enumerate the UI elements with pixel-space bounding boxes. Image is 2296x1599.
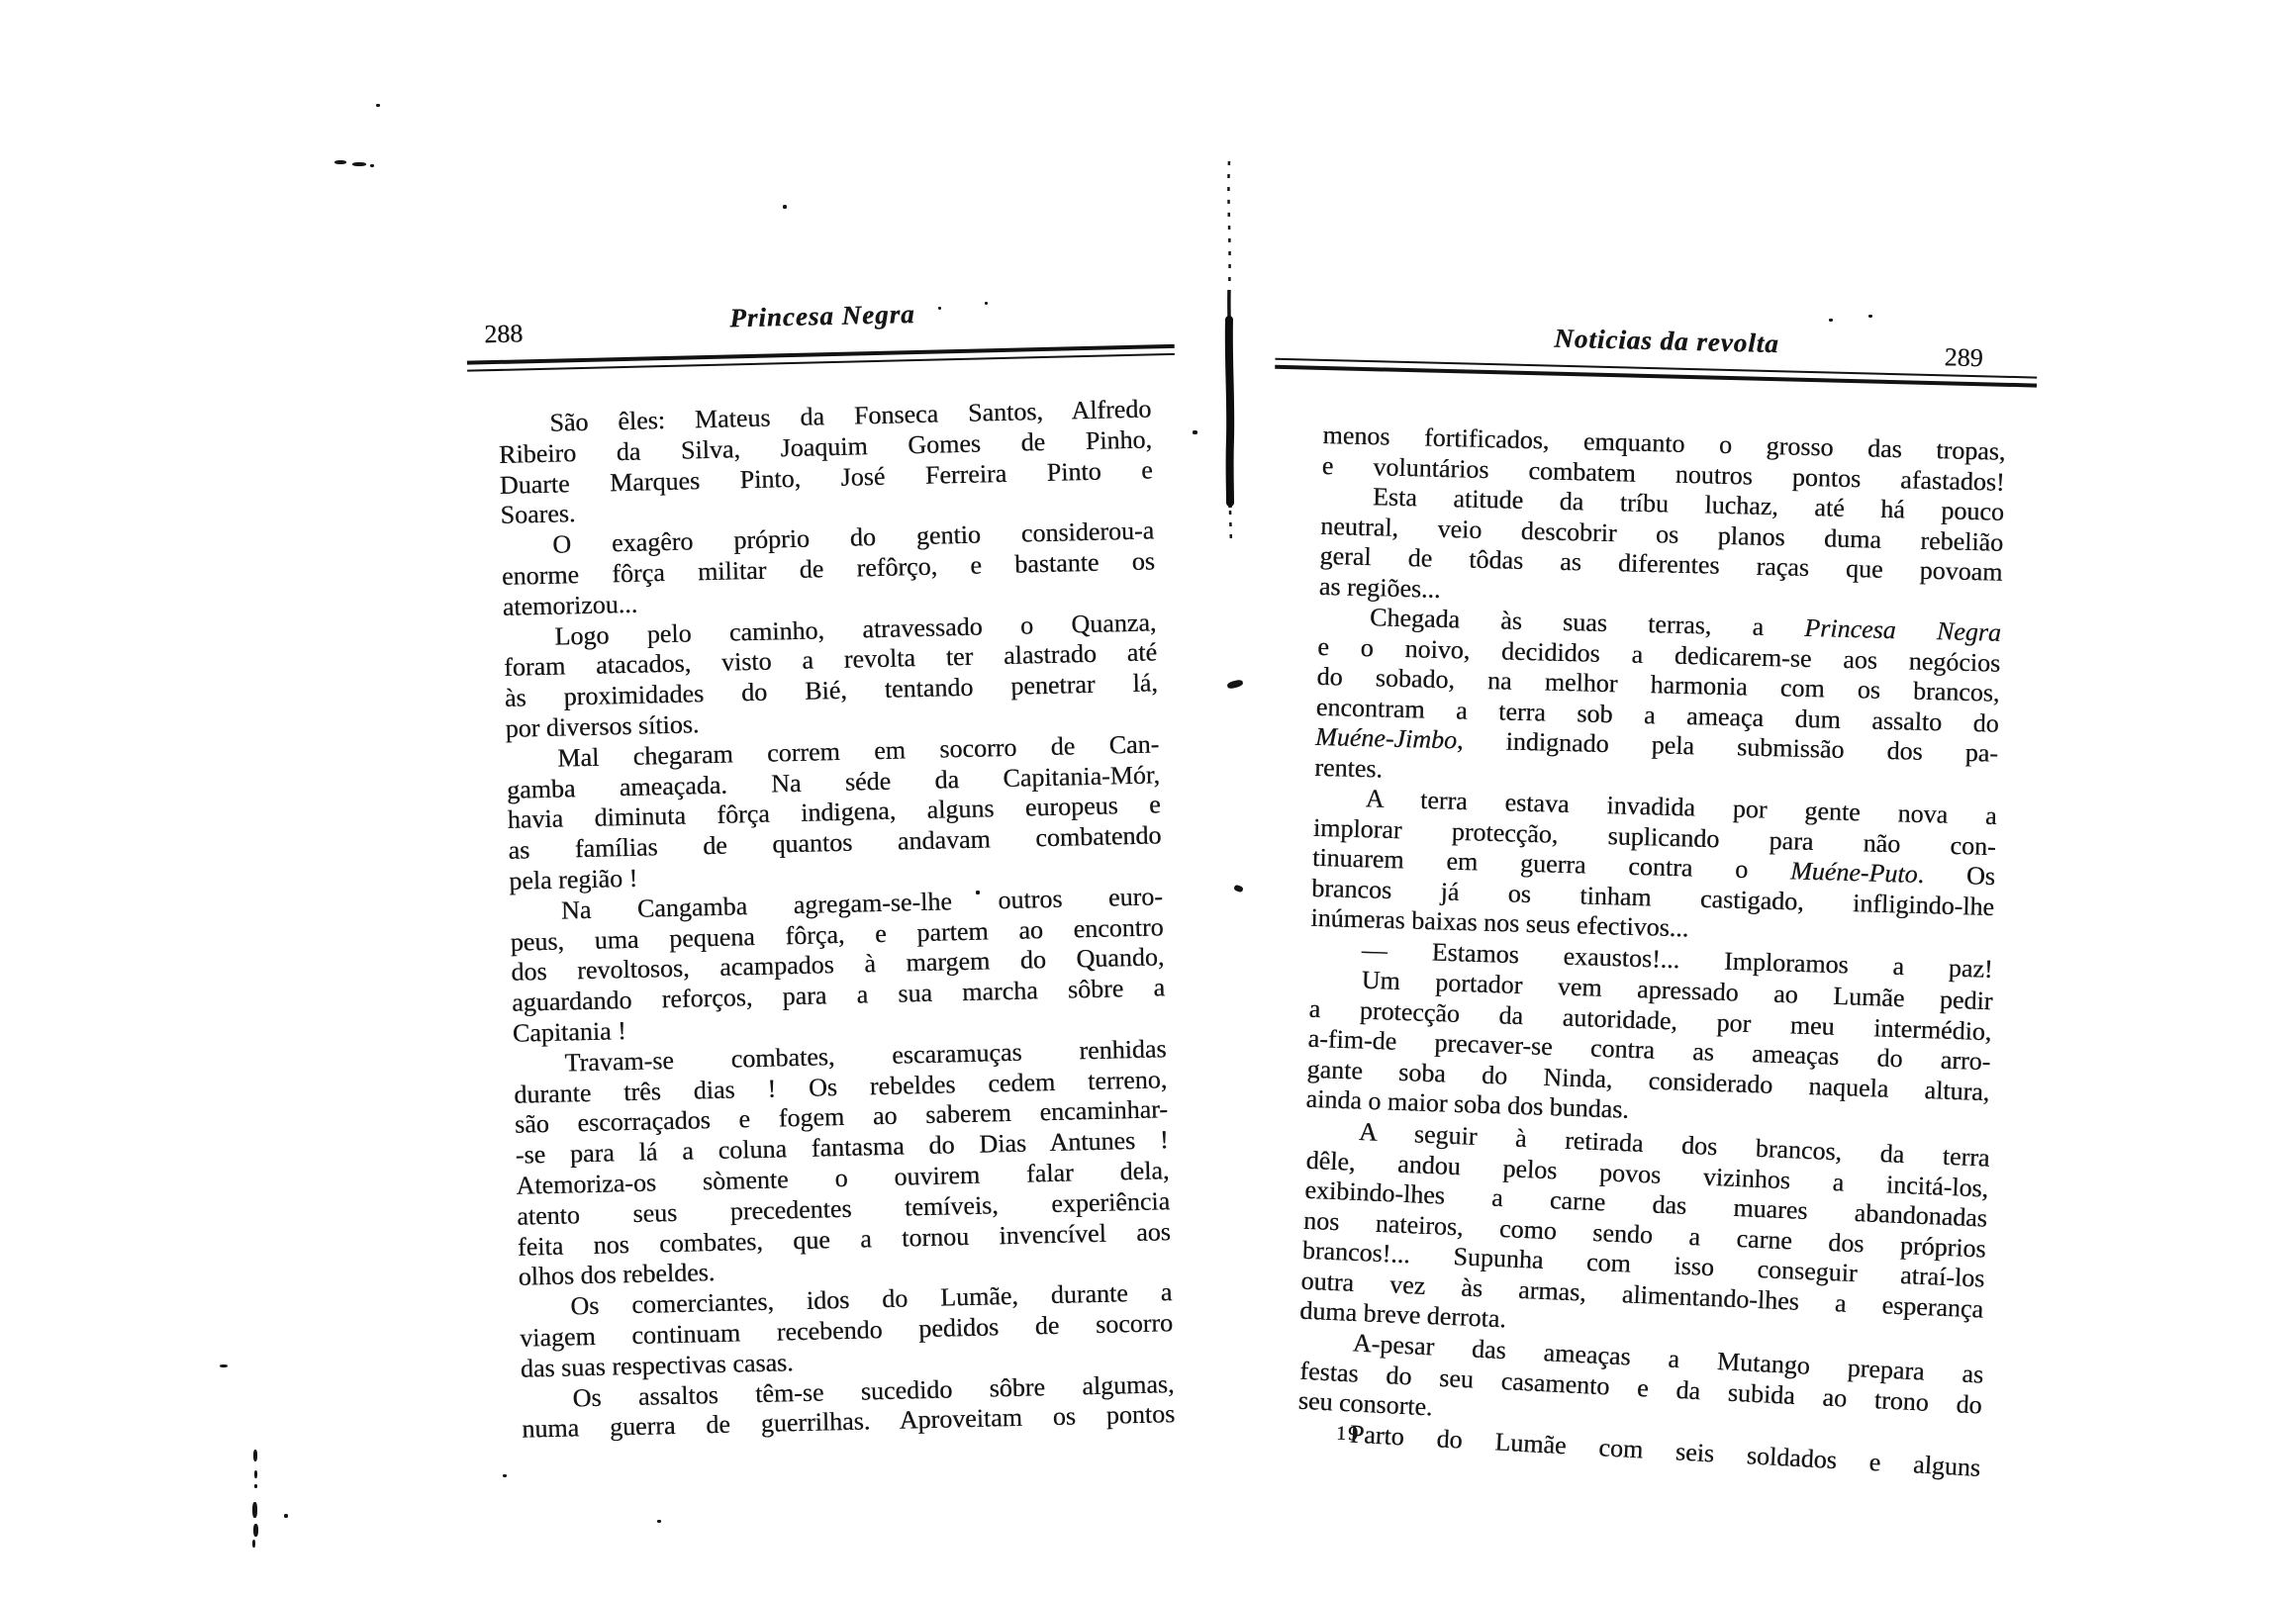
page-header-left: 288 Princesa Negra (495, 266, 1150, 369)
gutter-shadow (1212, 156, 1252, 552)
page-left: 288 Princesa Negra São êles: Mateus da F… (495, 266, 1176, 1445)
scan-speck (252, 1502, 257, 1518)
scan-speck (352, 162, 366, 166)
running-title-left: Princesa Negra (496, 293, 1150, 339)
scan-speck (503, 1474, 507, 1477)
paragraph: Os comerciantes, idos do Lumãe, durante … (519, 1277, 1174, 1384)
text-segment: as regiões... (1319, 571, 1441, 603)
italic-text: Muéne-Jimbo (1315, 722, 1458, 754)
scan-speck (284, 1514, 288, 1518)
text-segment: seu consorte. (1297, 1386, 1433, 1422)
scan-speck (253, 1450, 257, 1461)
header-rule-left (467, 344, 1175, 372)
scan-speck (1193, 430, 1197, 434)
scan-speck (657, 1520, 661, 1523)
paragraph: Na Cangamba agregam-se-lhe outros euro-p… (510, 882, 1166, 1049)
paragraph: São êles: Mateus da Fonseca Santos, Alfr… (498, 394, 1154, 531)
scan-speck (985, 302, 988, 305)
text-segment: Capitania ! (513, 1016, 626, 1048)
italic-text: Princesa Negra (1804, 613, 2001, 647)
page-number-right: 289 (1944, 342, 1983, 373)
paragraph: O exagêro próprio do gentio considerou-a… (501, 517, 1156, 623)
signature-mark: 19 (1336, 1423, 1361, 1447)
paragraph: Travam-se combates, escaramuças renhidas… (513, 1034, 1172, 1293)
paragraph: Mal chegaram correm em socorro de Can-ga… (506, 729, 1162, 896)
text-segment: por diversos sítios. (505, 709, 699, 743)
page-text-left: São êles: Mateus da Fonseca Santos, Alfr… (498, 394, 1175, 1445)
page-right: Noticias da revolta 289 menos fortificad… (1298, 297, 2009, 1463)
text-segment: Soares. (500, 500, 575, 530)
text-segment: olhos dos rebeldes. (518, 1258, 715, 1291)
scan-speck (938, 307, 941, 310)
page-header-right: Noticias da revolta 289 (1324, 297, 2009, 401)
page-text-right: menos fortificados, emquanto o grosso da… (1298, 421, 2006, 1463)
scan-speck (1868, 315, 1872, 318)
scan-speck (335, 160, 346, 164)
scan-speck (1233, 885, 1244, 894)
scan-speck (252, 1540, 255, 1548)
text-segment: . Os (1917, 860, 1995, 891)
paragraph: Chegada às suas terras, a Princesa Negra… (1314, 602, 2001, 799)
scan-speck (783, 205, 787, 209)
scan-speck (1226, 679, 1243, 690)
scan-speck (370, 164, 374, 167)
scan-speck (254, 1470, 257, 1478)
text-segment: pela região ! (509, 864, 638, 895)
paragraph: A terra estava invadida por gente nova a… (1310, 783, 1997, 953)
italic-text: Muéne-Puto (1790, 856, 1918, 889)
scan-speck (976, 891, 980, 894)
scan-speck (220, 1364, 228, 1367)
paragraph: Esta atitude da tríbu luchaz, até há pou… (1318, 481, 2004, 618)
scan-speck (1829, 319, 1833, 322)
paragraph: A seguir à retirada dos brancos, da terr… (1299, 1114, 1990, 1354)
scan-speck (254, 1484, 257, 1488)
paragraph: Um portador vem apressado ao Lumãe pedir… (1305, 964, 1993, 1138)
paragraph: Logo pelo caminho, atravessado o Quanza,… (503, 608, 1159, 745)
scan-speck (253, 1524, 258, 1537)
book-scan-spread: 288 Princesa Negra São êles: Mateus da F… (0, 0, 2296, 1599)
scan-speck (376, 104, 380, 107)
text-segment: das suas respectivas casas. (521, 1348, 794, 1382)
text-segment: rentes. (1314, 752, 1383, 783)
text-segment: atemorizou... (502, 589, 637, 620)
running-title-right: Noticias da revolta (1325, 318, 2009, 365)
